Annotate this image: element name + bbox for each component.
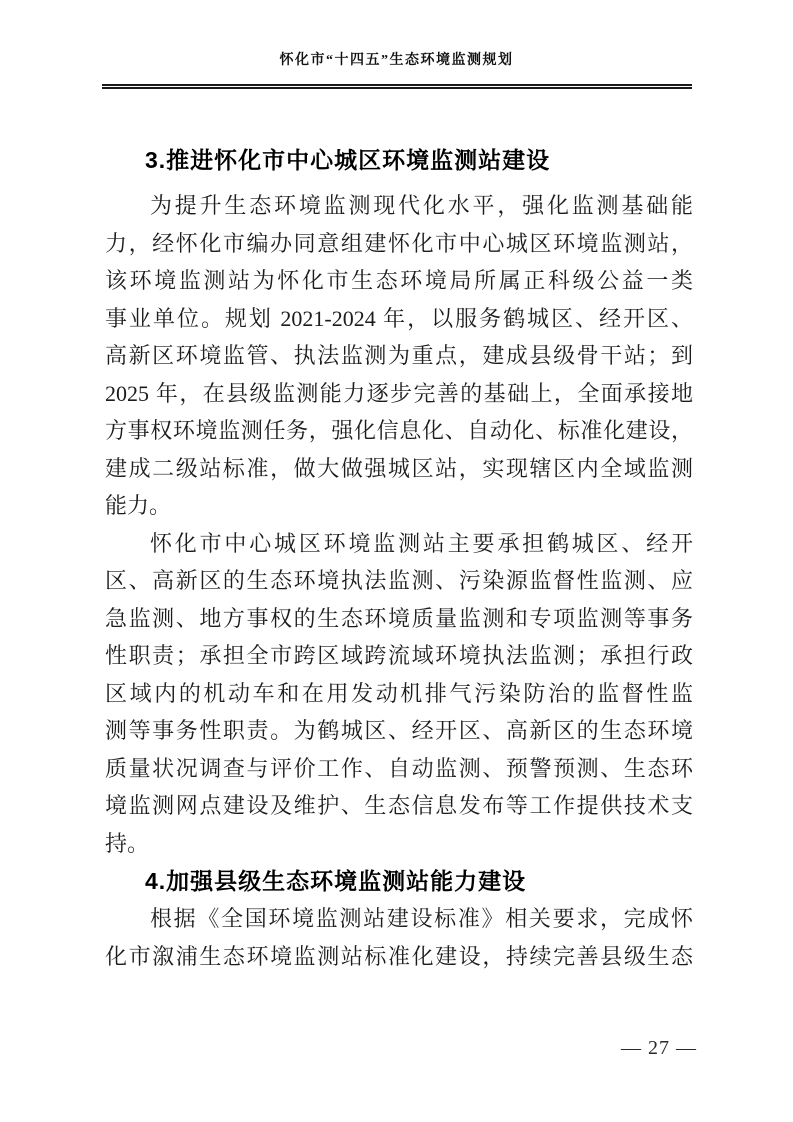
text-line: 境监测网点建设及维护、生态信息发布等工作提供技术支	[105, 787, 693, 825]
paragraph-2: 怀化市中心城区环境监测站主要承担鹤城区、经开区、高新区的生态环境执法监测、污染源…	[105, 525, 693, 863]
text-line: 2025 年，在县级监测能力逐步完善的基础上，全面承接地	[105, 375, 693, 413]
text-line: 质量状况调查与评价工作、自动监测、预警预测、生态环	[105, 750, 693, 788]
text-line: 性职责；承担全市跨区域跨流域环境执法监测；承担行政	[105, 637, 693, 675]
page-number: — 27 —	[621, 1037, 697, 1059]
text-line: 怀化市中心城区环境监测站主要承担鹤城区、经开	[105, 525, 693, 563]
text-line: 化市溆浦生态环境监测站标准化建设，持续完善县级生态	[105, 938, 693, 976]
text-line: 区、高新区的生态环境执法监测、污染源监督性监测、应	[105, 562, 693, 600]
page-header: 怀化市“十四五”生态环境监测规划	[0, 0, 793, 89]
text-line: 事业单位。规划 2021-2024 年，以服务鹤城区、经开区、	[105, 300, 693, 338]
text-line: 方事权环境监测任务，强化信息化、自动化、标准化建设，	[105, 412, 693, 450]
document-header-title: 怀化市“十四五”生态环境监测规划	[0, 50, 793, 72]
text-line: 为提升生态环境监测现代化水平，强化监测基础能	[105, 187, 693, 225]
text-line: 区域内的机动车和在用发动机排气污染防治的监督性监	[105, 675, 693, 713]
text-line: 建成二级站标准，做大做强城区站，实现辖区内全域监测	[105, 450, 693, 488]
text-line: 急监测、地方事权的生态环境质量监测和专项监测等事务	[105, 600, 693, 638]
text-line: 能力。	[105, 487, 693, 525]
text-line: 高新区环境监管、执法监测为重点，建成县级骨干站；到	[105, 337, 693, 375]
text-line: 力，经怀化市编办同意组建怀化市中心城区环境监测站，	[105, 225, 693, 263]
text-line: 根据《全国环境监测站建设标准》相关要求，完成怀	[105, 900, 693, 938]
section-heading-3: 3.推进怀化市中心城区环境监测站建设	[105, 141, 693, 179]
paragraph-3: 根据《全国环境监测站建设标准》相关要求，完成怀化市溆浦生态环境监测站标准化建设，…	[105, 900, 693, 975]
paragraph-1: 为提升生态环境监测现代化水平，强化监测基础能力，经怀化市编办同意组建怀化市中心城…	[105, 187, 693, 525]
text-line: 测等事务性职责。为鹤城区、经开区、高新区的生态环境	[105, 712, 693, 750]
text-line: 持。	[105, 825, 693, 863]
page-footer: — 27 —	[621, 1036, 697, 1060]
section-heading-4: 4.加强县级生态环境监测站能力建设	[105, 862, 693, 900]
text-line: 该环境监测站为怀化市生态环境局所属正科级公益一类	[105, 262, 693, 300]
document-body: 3.推进怀化市中心城区环境监测站建设 为提升生态环境监测现代化水平，强化监测基础…	[105, 89, 693, 975]
document-page: 怀化市“十四五”生态环境监测规划 3.推进怀化市中心城区环境监测站建设 为提升生…	[0, 0, 793, 1122]
